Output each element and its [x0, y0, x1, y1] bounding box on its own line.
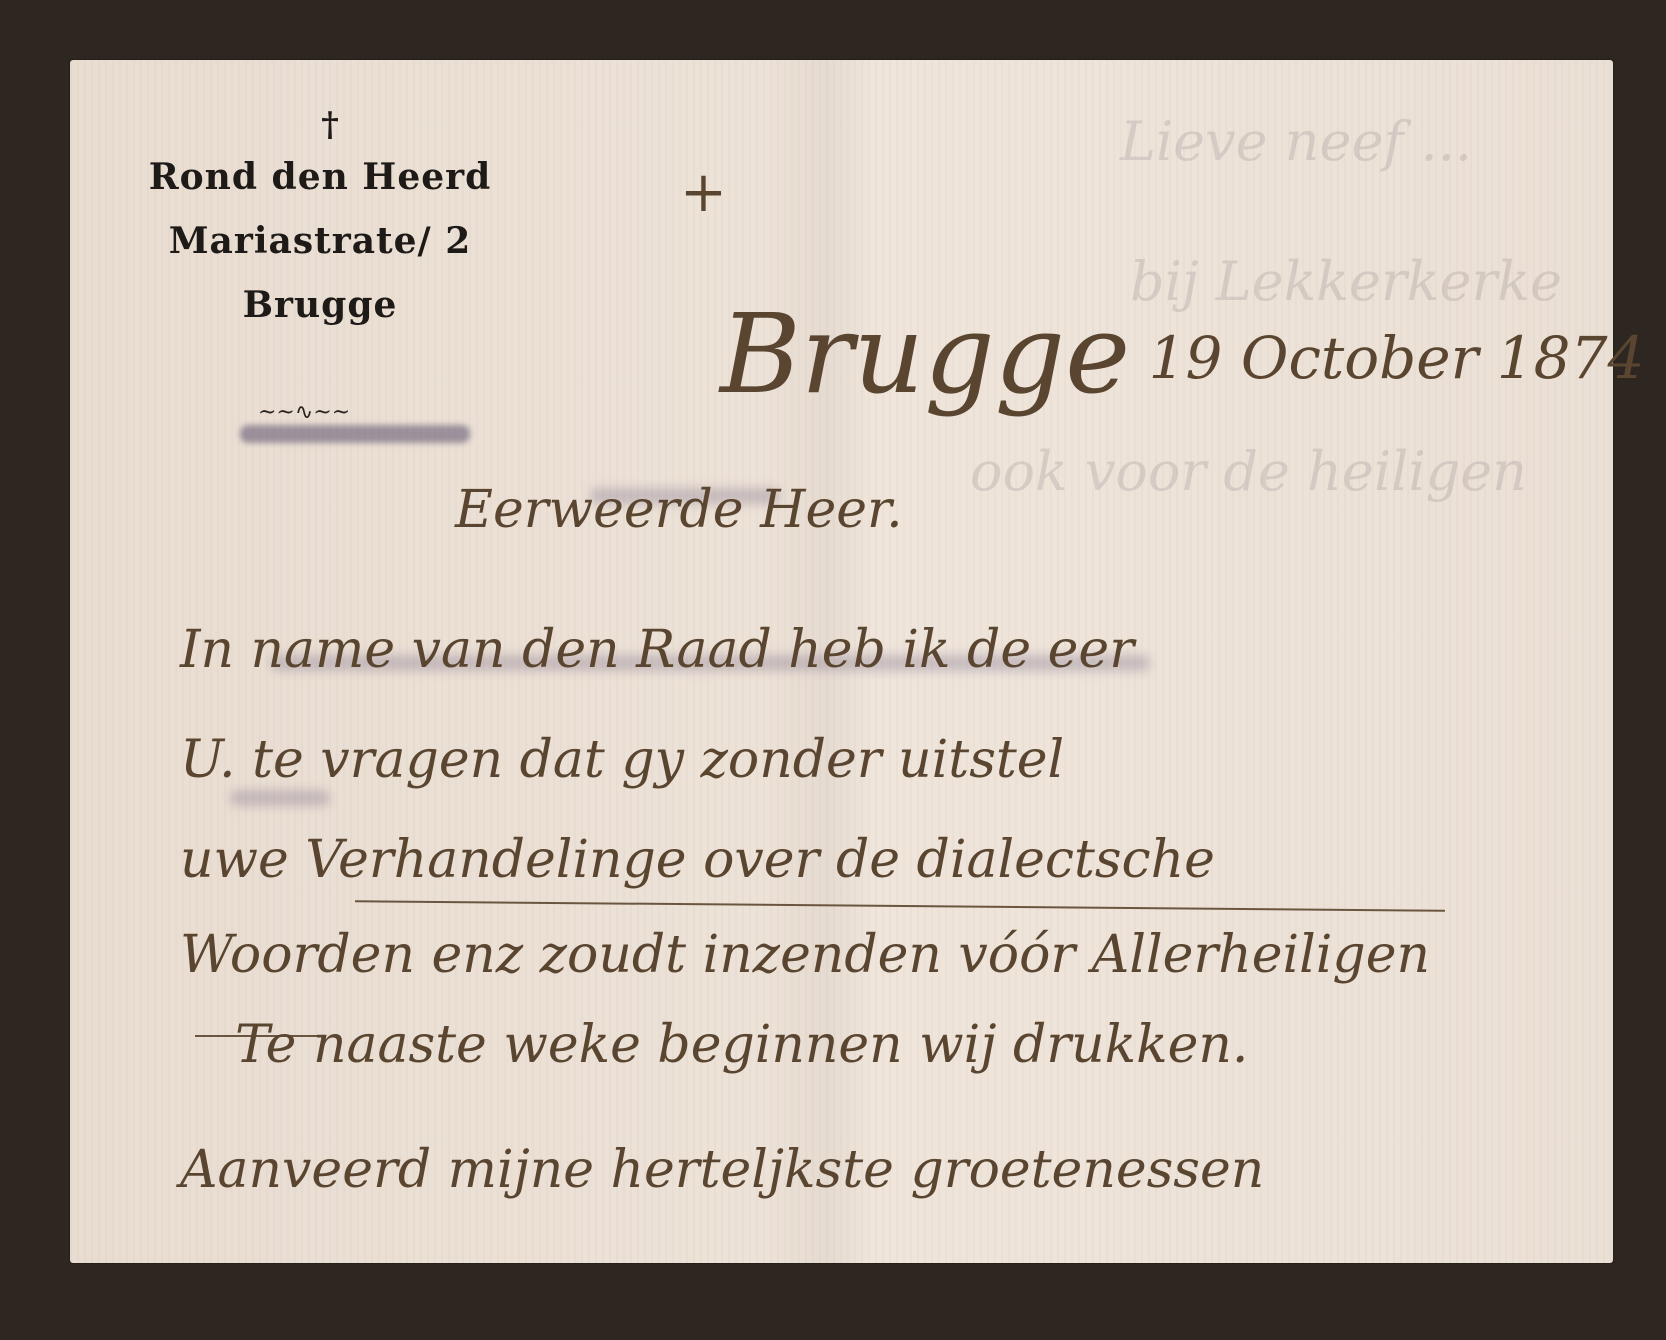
ink-smear	[230, 790, 330, 806]
body-line: Aanveerd mijne herteljkste groetenessen	[180, 1140, 1264, 1200]
date-month: October	[1241, 324, 1478, 392]
ornament-flourish: ~~∿~~	[258, 400, 350, 425]
dateline: Brugge 19 October 1874	[720, 290, 1644, 418]
letterhead: † Rond den Heerd Mariastrate/ 2 Brugge	[130, 105, 510, 337]
body-line: Te naaste weke beginnen wij drukken.	[235, 1015, 1248, 1075]
bleed-through-text: ook voor de heiligen	[970, 440, 1527, 503]
letterhead-city: Brugge	[130, 273, 510, 337]
letterhead-address: Mariastrate/ 2	[130, 209, 510, 273]
salutation: Eerweerde Heer.	[455, 480, 903, 540]
cross-mark: +	[680, 160, 727, 225]
place: Brugge	[720, 290, 1130, 418]
body-line: uwe Verhandelinge over de dialectsche	[180, 830, 1215, 890]
struck-out-text	[240, 425, 470, 443]
body-line: Woorden enz zoudt inzenden vóór Allerhei…	[180, 925, 1430, 985]
date-day: 19	[1149, 324, 1223, 392]
body-line: In name van den Raad heb ik de eer	[180, 620, 1134, 680]
body-line: U. te vragen dat gy zonder uitstel	[180, 730, 1064, 790]
date-year: 1874	[1497, 324, 1645, 392]
bleed-through-text: Lieve neef ...	[1120, 110, 1472, 173]
letterhead-title: Rond den Heerd	[130, 145, 510, 209]
cross-icon: †	[150, 105, 510, 145]
